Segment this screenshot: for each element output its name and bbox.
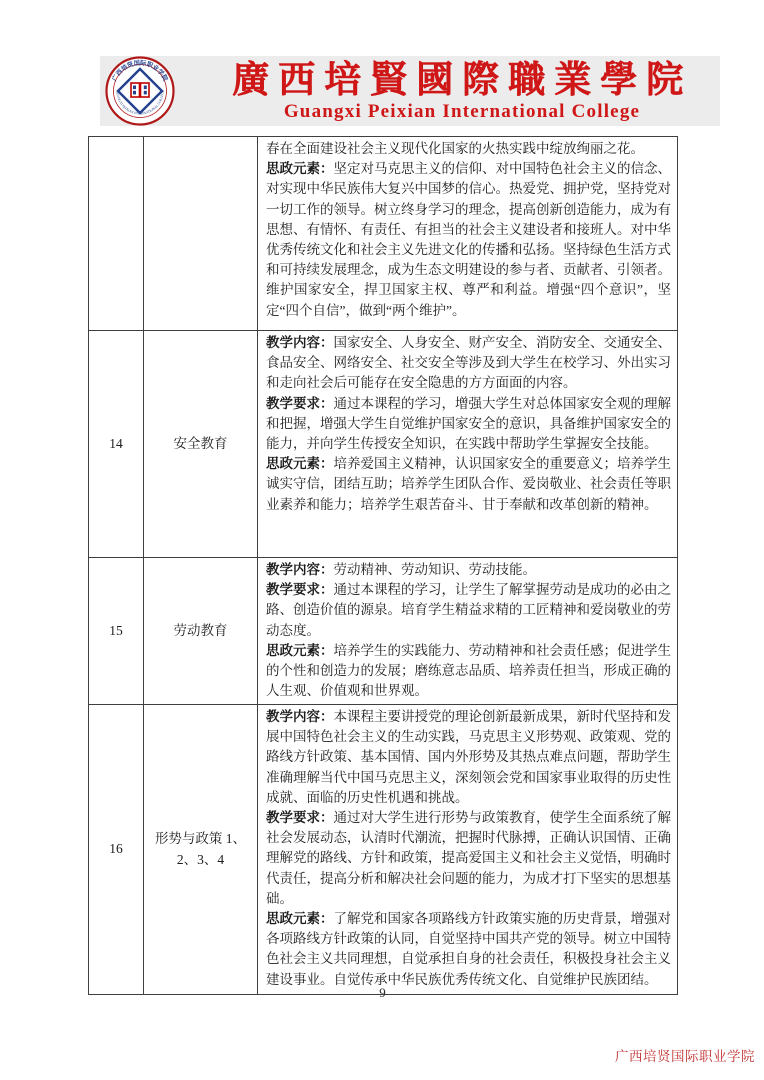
paragraph-label: 教学内容：: [266, 562, 334, 577]
course-number-cell: 15: [89, 558, 144, 705]
description-paragraph: 教学内容：国家安全、人身安全、财产安全、消防安全、交通安全、食品安全、网络安全、…: [266, 333, 671, 394]
table-row: 14安全教育教学内容：国家安全、人身安全、财产安全、消防安全、交通安全、食品安全…: [89, 331, 678, 558]
course-table-body: 春在全面建设社会主义现代化国家的火热实践中绽放绚丽之花。思政元素：坚定对马克思主…: [89, 137, 678, 995]
course-description-cell: 教学内容：本课程主要讲授党的理论创新最新成果，新时代坚持和发展中国特色社会主义的…: [258, 705, 678, 995]
college-title-chinese: 廣西培賢國際職業學院: [232, 61, 692, 101]
course-description-cell: 春在全面建设社会主义现代化国家的火热实践中绽放绚丽之花。思政元素：坚定对马克思主…: [258, 137, 678, 331]
description-paragraph: 教学要求：通过对大学生进行形势与政策教育，使学生全面系统了解社会发展动态，认清时…: [266, 808, 671, 909]
course-name-cell: 安全教育: [144, 331, 258, 558]
description-paragraph: 春在全面建设社会主义现代化国家的火热实践中绽放绚丽之花。: [266, 139, 671, 159]
description-paragraph: 教学内容：劳动精神、劳动知识、劳动技能。: [266, 560, 671, 580]
description-paragraph: 教学要求：通过本课程的学习，让学生了解掌握劳动是成功的必由之路、创造价值的源泉。…: [266, 580, 671, 641]
paragraph-label: 教学要求：: [266, 810, 334, 825]
footer-school-name: 广西培贤国际职业学院: [615, 1045, 755, 1065]
description-paragraph: 教学要求：通过本课程的学习，增强大学生对总体国家安全观的理解和把握，增强大学生自…: [266, 394, 671, 455]
paragraph-label: 教学要求：: [266, 396, 334, 411]
page-number: 9: [88, 985, 677, 1001]
paragraph-label: 思政元素：: [266, 643, 334, 658]
college-seal-logo: 广西培贤国际职业学院 GUANGXI PEIXIAN INTERNATIONAL…: [105, 56, 175, 126]
course-name-cell: [144, 137, 258, 331]
paragraph-label: 教学内容：: [266, 335, 334, 350]
college-titles: 廣西培賢國際職業學院 Guangxi Peixian International…: [212, 59, 712, 123]
document-page: 广西培贤国际职业学院 GUANGXI PEIXIAN INTERNATIONAL…: [0, 0, 764, 1080]
course-number-cell: 16: [89, 705, 144, 995]
paragraph-label: 教学内容：: [266, 709, 334, 724]
college-title-english: Guangxi Peixian International College: [284, 102, 640, 122]
paragraph-label: 思政元素：: [266, 456, 334, 471]
description-paragraph: 思政元素：了解党和国家各项路线方针政策实施的历史背景，增强对各项路线方针政策的认…: [266, 909, 671, 990]
description-paragraph: 思政元素：坚定对马克思主义的信仰、对中国特色社会主义的信念、对实现中华民族伟大复…: [266, 159, 671, 321]
seal-book-icon: [131, 83, 149, 97]
course-description-cell: 教学内容：劳动精神、劳动知识、劳动技能。教学要求：通过本课程的学习，让学生了解掌…: [258, 558, 678, 705]
course-number-cell: [89, 137, 144, 331]
description-paragraph: 思政元素：培养学生的实践能力、劳动精神和社会责任感；促进学生的个性和创造力的发展…: [266, 641, 671, 702]
course-number-cell: 14: [89, 331, 144, 558]
paragraph-label: 教学要求：: [266, 582, 334, 597]
course-plan-table: 春在全面建设社会主义现代化国家的火热实践中绽放绚丽之花。思政元素：坚定对马克思主…: [88, 136, 678, 995]
course-description-cell: 教学内容：国家安全、人身安全、财产安全、消防安全、交通安全、食品安全、网络安全、…: [258, 331, 678, 558]
description-paragraph: 教学内容：本课程主要讲授党的理论创新最新成果，新时代坚持和发展中国特色社会主义的…: [266, 707, 671, 808]
table-row: 15劳动教育教学内容：劳动精神、劳动知识、劳动技能。教学要求：通过本课程的学习，…: [89, 558, 678, 705]
course-name-cell: 劳动教育: [144, 558, 258, 705]
table-row: 16形势与政策 1、2、3、4教学内容：本课程主要讲授党的理论创新最新成果，新时…: [89, 705, 678, 995]
description-paragraph: 思政元素：培养爱国主义精神，认识国家安全的重要意义；培养学生诚实守信，团结互助；…: [266, 454, 671, 515]
course-name-cell: 形势与政策 1、2、3、4: [144, 705, 258, 995]
letterhead: 广西培贤国际职业学院 GUANGXI PEIXIAN INTERNATIONAL…: [100, 56, 720, 126]
paragraph-label: 思政元素：: [266, 911, 334, 926]
paragraph-label: 思政元素：: [266, 161, 334, 176]
table-row: 春在全面建设社会主义现代化国家的火热实践中绽放绚丽之花。思政元素：坚定对马克思主…: [89, 137, 678, 331]
